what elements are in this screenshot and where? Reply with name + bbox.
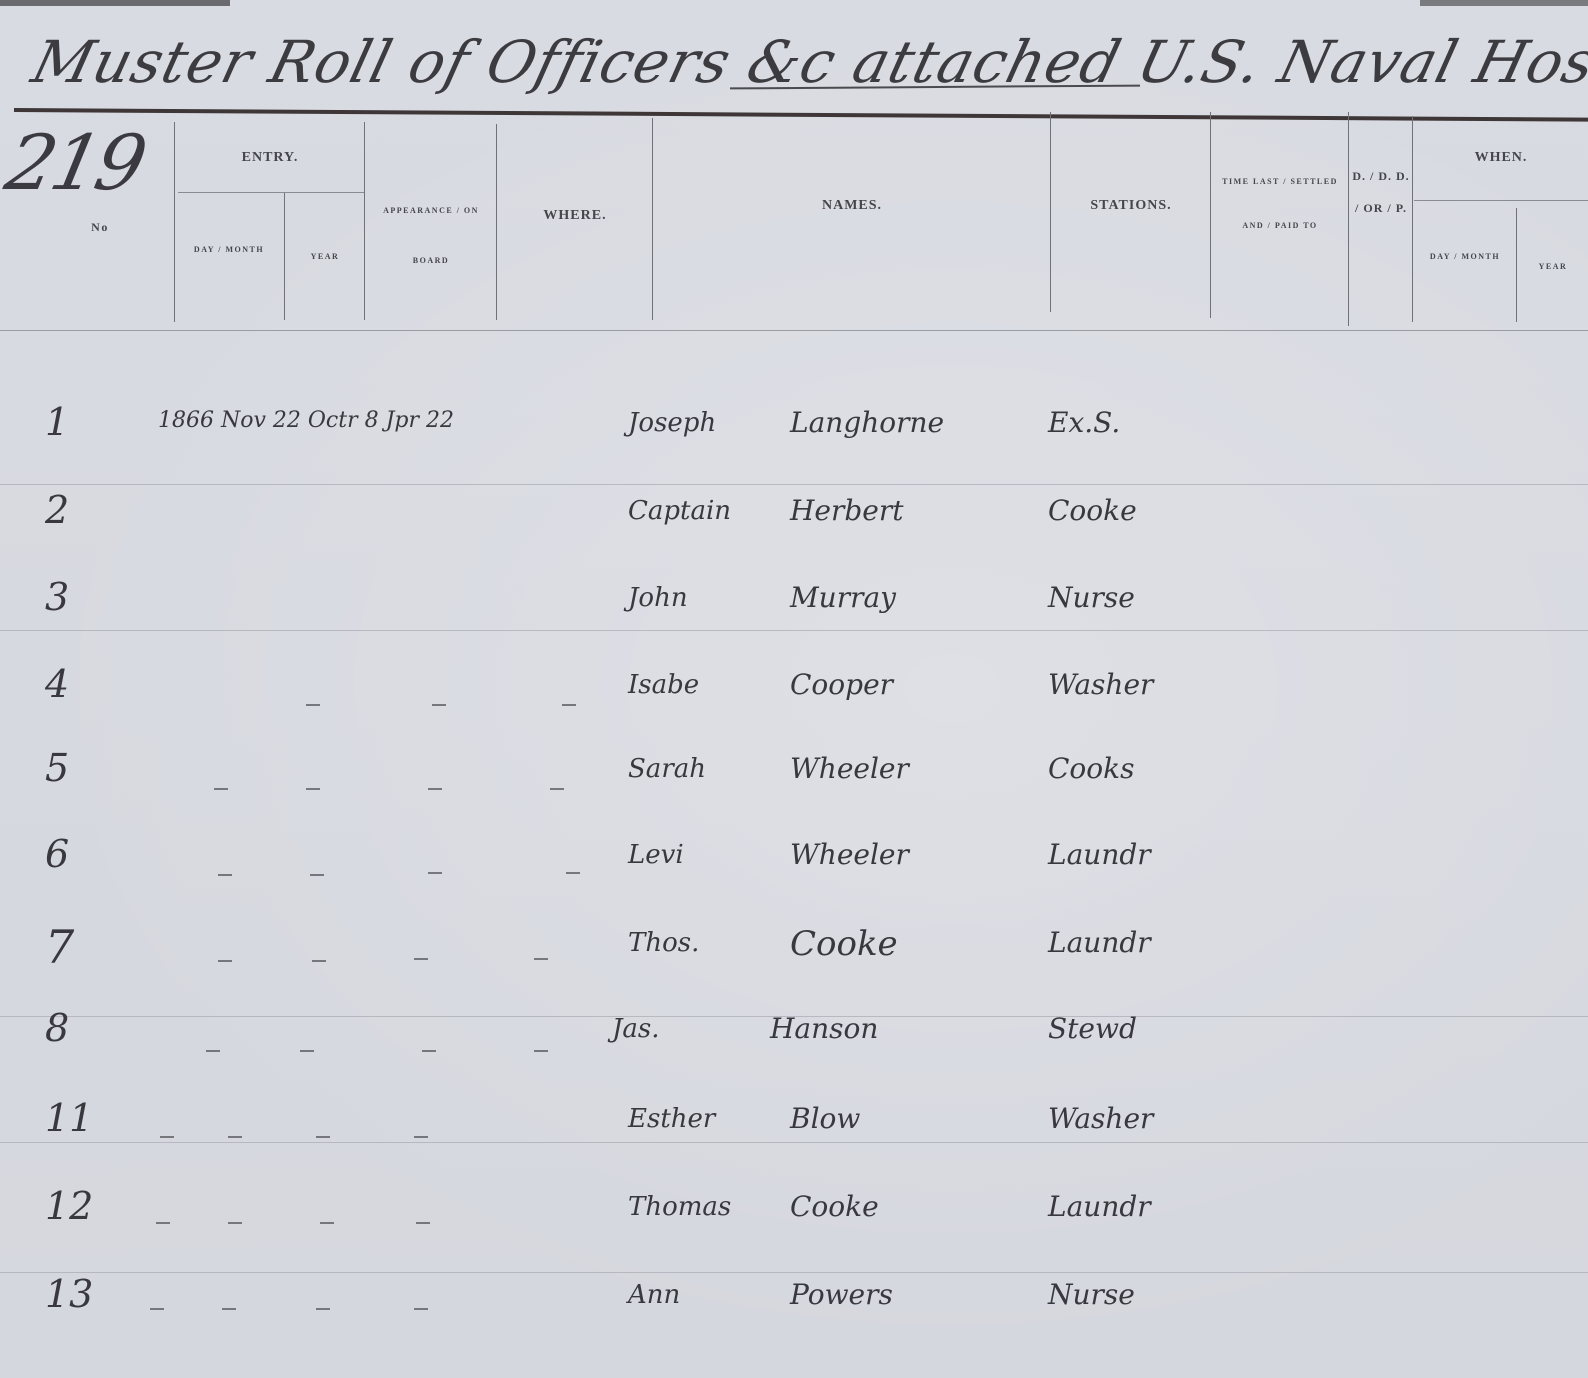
row-number: 11 (45, 1096, 93, 1140)
scan-edge-shadow (0, 0, 230, 6)
station: Cooke (1048, 494, 1137, 527)
column-rule (1412, 116, 1413, 322)
page-number: 219 (0, 118, 151, 207)
header-names: NAMES. (654, 198, 1050, 214)
first-name: Ann (628, 1280, 680, 1310)
header-entry-day-month: DAY / MONTH (176, 230, 282, 270)
first-name: Jas. (612, 1014, 660, 1044)
last-name: Wheeler (790, 752, 909, 785)
row-number: 13 (45, 1272, 93, 1316)
station: Laundr (1048, 926, 1151, 959)
column-rule (496, 124, 497, 320)
first-name: Joseph (628, 408, 716, 438)
table-row: 4 Isabe Cooper Washer (0, 662, 1588, 722)
last-name: Cooke (790, 924, 898, 964)
ditto-mark (228, 1136, 242, 1138)
table-row: 13 Ann Powers Nurse (0, 1272, 1588, 1332)
ditto-mark (150, 1308, 164, 1310)
ditto-mark (222, 1308, 236, 1310)
first-name: Isabe (628, 670, 699, 700)
table-row: 7 Thos. Cooke Laundr (0, 920, 1588, 980)
ditto-mark (534, 958, 548, 960)
row-number: 2 (45, 488, 69, 532)
station: Washer (1048, 668, 1153, 701)
table-row: 1 1866 Nov 22 Octr 8 Jpr 22 Joseph Langh… (0, 400, 1588, 460)
header-when-day-month: DAY / MONTH (1414, 236, 1516, 278)
column-rule (284, 192, 285, 320)
ditto-mark (414, 1308, 428, 1310)
column-rule (174, 122, 175, 322)
ditto-mark (312, 960, 326, 962)
scan-edge-shadow-right (1420, 0, 1588, 6)
row-number: 7 (45, 920, 74, 974)
first-name: Thos. (628, 928, 699, 958)
header-bottom-rule (0, 330, 1588, 331)
last-name: Cooke (790, 1190, 879, 1223)
header-when: WHEN. (1414, 150, 1588, 166)
last-name: Cooper (790, 668, 893, 701)
table-row: 8 Jas. Hanson Stewd (0, 1006, 1588, 1066)
header-where: WHERE. (498, 208, 652, 224)
station: Ex.S. (1048, 406, 1120, 439)
entry-date-note: 1866 Nov 22 Octr 8 Jpr 22 (158, 408, 454, 433)
ditto-mark (316, 1136, 330, 1138)
ditto-mark (534, 1050, 548, 1052)
column-rule (364, 122, 365, 320)
last-name: Herbert (790, 494, 904, 527)
ditto-mark (414, 958, 428, 960)
ledger-rule (0, 484, 1588, 485)
header-stations: STATIONS. (1052, 198, 1210, 214)
row-number: 8 (45, 1006, 69, 1050)
ditto-mark (310, 874, 324, 876)
station: Cooks (1048, 752, 1134, 785)
table-row: 5 Sarah Wheeler Cooks (0, 746, 1588, 806)
last-name: Wheeler (790, 838, 909, 871)
table-row: 11 Esther Blow Washer (0, 1096, 1588, 1156)
row-number: 4 (45, 662, 69, 706)
table-row: 12 Thomas Cooke Laundr (0, 1184, 1588, 1244)
entry-subrule (178, 192, 364, 193)
ditto-mark (156, 1222, 170, 1224)
ditto-mark (428, 872, 442, 874)
ditto-mark (316, 1308, 330, 1310)
header-when-year: YEAR (1518, 262, 1588, 271)
first-name: Captain (628, 496, 731, 526)
station: Nurse (1048, 581, 1135, 614)
first-name: Levi (628, 840, 684, 870)
station: Nurse (1048, 1278, 1135, 1311)
column-rule (1348, 112, 1349, 326)
ditto-mark (306, 704, 320, 706)
first-name: Esther (628, 1104, 715, 1134)
header-entry: ENTRY. (176, 150, 364, 166)
station: Laundr (1048, 1190, 1151, 1223)
ditto-mark (160, 1136, 174, 1138)
when-subrule (1414, 200, 1588, 201)
row-number: 1 (45, 400, 69, 444)
ditto-mark (562, 704, 576, 706)
last-name: Hanson (770, 1012, 878, 1045)
ditto-mark (550, 788, 564, 790)
last-name: Murray (790, 581, 896, 614)
first-name: Thomas (628, 1192, 731, 1222)
column-rule (1516, 208, 1517, 322)
last-name: Powers (790, 1278, 893, 1311)
header-no: No (70, 220, 130, 235)
ditto-mark (306, 788, 320, 790)
ditto-mark (432, 704, 446, 706)
station: Washer (1048, 1102, 1153, 1135)
column-rule (1050, 112, 1051, 312)
row-number: 5 (45, 746, 69, 790)
ditto-mark (320, 1222, 334, 1224)
row-number: 12 (45, 1184, 93, 1228)
ledger-page: Muster Roll of Officers &c attached U.S.… (0, 0, 1588, 1378)
ditto-mark (428, 788, 442, 790)
ditto-mark (416, 1222, 430, 1224)
header-entry-year: YEAR (286, 252, 364, 261)
last-name: Langhorne (790, 406, 944, 439)
ditto-mark (300, 1050, 314, 1052)
ditto-mark (566, 872, 580, 874)
last-name: Blow (790, 1102, 860, 1135)
row-number: 6 (45, 832, 69, 876)
first-name: Sarah (628, 754, 706, 784)
header-ddd: D. / D. D. / OR / P. (1350, 160, 1412, 224)
ditto-mark (206, 1050, 220, 1052)
table-row: 3 John Murray Nurse (0, 575, 1588, 635)
column-rule (1210, 112, 1211, 318)
ditto-mark (414, 1136, 428, 1138)
ditto-mark (422, 1050, 436, 1052)
table-row: 6 Levi Wheeler Laundr (0, 832, 1588, 892)
first-name: John (628, 583, 688, 613)
station: Stewd (1048, 1012, 1137, 1045)
ditto-mark (218, 874, 232, 876)
ditto-mark (228, 1222, 242, 1224)
table-row: 2 Captain Herbert Cooke (0, 488, 1588, 548)
station: Laundr (1048, 838, 1151, 871)
row-number: 3 (45, 575, 69, 619)
header-time-last-settled: TIME LAST / SETTLED AND / PAID TO (1212, 160, 1348, 248)
ditto-mark (214, 788, 228, 790)
column-rule (652, 118, 653, 320)
header-appearance: APPEARANCE / ON BOARD (366, 186, 496, 286)
ditto-mark (218, 960, 232, 962)
